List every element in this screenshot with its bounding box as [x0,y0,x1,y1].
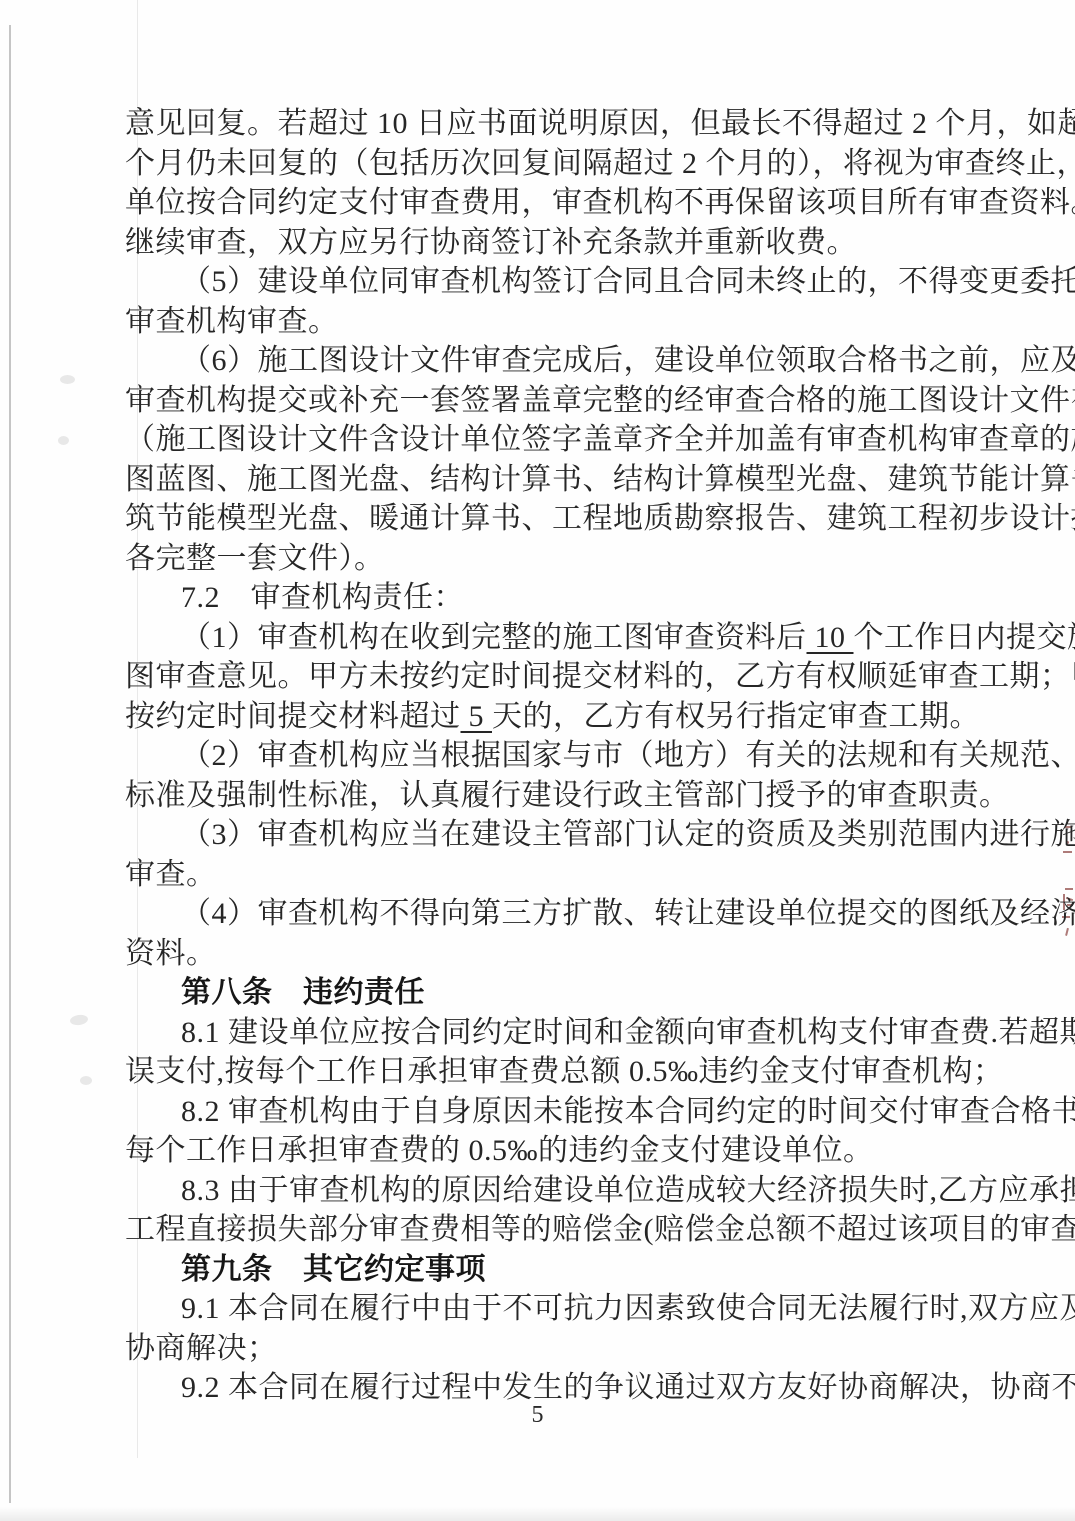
text-line: （5）建设单位同审查机构签订合同且合同未终止的，不得变更委托其他 [125,262,991,302]
text-segment: （2）审查机构应当根据国家与市（地方）有关的法规和有关规范、规程、 [181,739,1075,772]
text-segment: 审查。 [125,858,217,891]
text-line: 图蓝图、施工图光盘、结构计算书、结构计算模型光盘、建筑节能计算书、建 [125,460,991,500]
text-segment: 个工作日内提交施工 [854,621,1075,654]
section-heading-line: 第九条 其它约定事项 [125,1250,991,1290]
text-segment: （5）建设单位同审查机构签订合同且合同未终止的，不得变更委托其他 [181,265,1075,298]
scanned-contract-page: 意见回复。若超过 10 日应书面说明原因，但最长不得超过 2 个月，如超过 2个… [0,0,1075,1521]
text-segment: 9.2 本合同在履行过程中发生的争议通过双方友好协商解决，协商不成， [181,1371,1075,1404]
text-segment: 单位按合同约定支付审查费用，审查机构不再保留该项目所有审查资料。若要 [125,186,1075,219]
text-line: （6）施工图设计文件审查完成后，建设单位领取合格书之前，应及时向 [125,341,991,381]
text-segment: 资料。 [125,937,217,970]
scan-smudge [58,436,69,445]
text-line: 8.3 由于审查机构的原因给建设单位造成较大经济损失时,乙方应承担与 [125,1171,991,1211]
text-line: 按约定时间提交材料超过 5 天的，乙方有权另行指定审查工期。 [125,697,991,737]
text-segment: 工程直接损失部分审查费相等的赔偿金(赔偿金总额不超过该项目的审查费)。 [125,1213,1075,1246]
text-segment: 意见回复。若超过 10 日应书面说明原因，但最长不得超过 2 个月，如超过 2 [125,107,1075,140]
text-segment: （6）施工图设计文件审查完成后，建设单位领取合格书之前，应及时向 [181,344,1075,377]
text-line: 继续审查，双方应另行协商签订补充条款并重新收费。 [125,223,991,263]
text-segment: 筑节能模型光盘、暖通计算书、工程地质勘察报告、建筑工程初步设计批复等 [125,502,1075,535]
text-segment: 个月仍未回复的（包括历次回复间隔超过 2 个月的），将视为审查终止，建设 [125,147,1075,180]
text-segment: 7.2 审查机构责任： [181,581,464,614]
text-segment: 每个工作日承担审查费的 0.5‰的违约金支付建设单位。 [125,1134,874,1167]
text-line: （施工图设计文件含设计单位签字盖章齐全并加盖有审查机构审查章的施工 [125,420,991,460]
text-segment: 协商解决； [125,1332,278,1365]
text-line: （1）审查机构在收到完整的施工图审查资料后 10 个工作日内提交施工 [125,618,991,658]
text-line: 标准及强制性标准，认真履行建设行政主管部门授予的审查职责。 [125,776,991,816]
text-line: （3）审查机构应当在建设主管部门认定的资质及类别范围内进行施工图 [125,815,991,855]
text-line: 误支付,按每个工作日承担审查费总额 0.5‰违约金支付审查机构； [125,1052,991,1092]
scan-bottom-shadow [0,1507,1075,1521]
text-segment: 审查机构审查。 [125,305,339,338]
text-segment: 8.2 审查机构由于自身原因未能按本合同约定的时间交付审查合格书,按 [181,1095,1075,1128]
text-line: 图审查意见。甲方未按约定时间提交材料的，乙方有权顺延审查工期；甲方未 [125,657,991,697]
text-segment: 误支付,按每个工作日承担审查费总额 0.5‰违约金支付审查机构； [125,1055,1004,1088]
text-line: 各完整一套文件）。 [125,539,991,579]
text-line: 每个工作日承担审查费的 0.5‰的违约金支付建设单位。 [125,1131,991,1171]
text-line: （2）审查机构应当根据国家与市（地方）有关的法规和有关规范、规程、 [125,736,991,776]
text-segment: 8.1 建设单位应按合同约定时间和金额向审查机构支付审查费.若超期延 [181,1016,1075,1049]
text-line: 审查。 [125,855,991,895]
text-segment: 第八条 违约责任 [181,976,425,1009]
scan-smudge [69,1014,88,1026]
text-line: 筑节能模型光盘、暖通计算书、工程地质勘察报告、建筑工程初步设计批复等 [125,499,991,539]
text-segment: 图审查意见。甲方未按约定时间提交材料的，乙方有权顺延审查工期；甲方未 [125,660,1075,693]
text-line: 7.2 审查机构责任： [125,578,991,618]
text-line: 工程直接损失部分审查费相等的赔偿金(赔偿金总额不超过该项目的审查费)。 [125,1210,991,1250]
text-line: 资料。 [125,934,991,974]
text-segment: （施工图设计文件含设计单位签字盖章齐全并加盖有审查机构审查章的施工 [125,423,1075,456]
text-line: （4）审查机构不得向第三方扩散、转让建设单位提交的图纸及经济技术 [125,894,991,934]
text-segment: 第九条 其它约定事项 [181,1253,486,1286]
text-segment: 8.3 由于审查机构的原因给建设单位造成较大经济损失时,乙方应承担与 [181,1174,1075,1207]
text-segment: （3）审查机构应当在建设主管部门认定的资质及类别范围内进行施工图 [181,818,1075,851]
text-segment: 图蓝图、施工图光盘、结构计算书、结构计算模型光盘、建筑节能计算书、建 [125,463,1075,496]
text-segment: 继续审查，双方应另行协商签订补充条款并重新收费。 [125,226,857,259]
scan-smudge [60,375,75,384]
text-segment: 审查机构提交或补充一套签署盖章完整的经审查合格的施工图设计文件存档。 [125,384,1075,417]
text-segment: 各完整一套文件）。 [125,542,385,575]
underlined-value: 5 [461,700,493,733]
text-line: 意见回复。若超过 10 日应书面说明原因，但最长不得超过 2 个月，如超过 2 [125,104,991,144]
scan-smudge [80,1076,92,1085]
page-number: 5 [0,1402,1075,1429]
text-line: 审查机构审查。 [125,302,991,342]
text-segment: 标准及强制性标准，认真履行建设行政主管部门授予的审查职责。 [125,779,1010,812]
scan-edge-line [9,25,11,1503]
text-line: 8.1 建设单位应按合同约定时间和金额向审查机构支付审查费.若超期延 [125,1013,991,1053]
underlined-value: 10 [807,621,854,654]
section-heading-line: 第八条 违约责任 [125,973,991,1013]
text-line: 8.2 审查机构由于自身原因未能按本合同约定的时间交付审查合格书,按 [125,1092,991,1132]
text-segment: 9.1 本合同在履行中由于不可抗力因素致使合同无法履行时,双方应及时 [181,1292,1075,1325]
document-body: 意见回复。若超过 10 日应书面说明原因，但最长不得超过 2 个月，如超过 2个… [125,104,991,1408]
text-line: 9.1 本合同在履行中由于不可抗力因素致使合同无法履行时,双方应及时 [125,1289,991,1329]
text-segment: （4）审查机构不得向第三方扩散、转让建设单位提交的图纸及经济技术 [181,897,1075,930]
text-line: 协商解决； [125,1329,991,1369]
text-segment: 天的，乙方有权另行指定审查工期。 [492,700,980,733]
text-line: 个月仍未回复的（包括历次回复间隔超过 2 个月的），将视为审查终止，建设 [125,144,991,184]
text-segment: 按约定时间提交材料超过 [125,700,461,733]
text-line: 单位按合同约定支付审查费用，审查机构不再保留该项目所有审查资料。若要 [125,183,991,223]
text-line: 审查机构提交或补充一套签署盖章完整的经审查合格的施工图设计文件存档。 [125,381,991,421]
text-segment: （1）审查机构在收到完整的施工图审查资料后 [181,621,807,654]
